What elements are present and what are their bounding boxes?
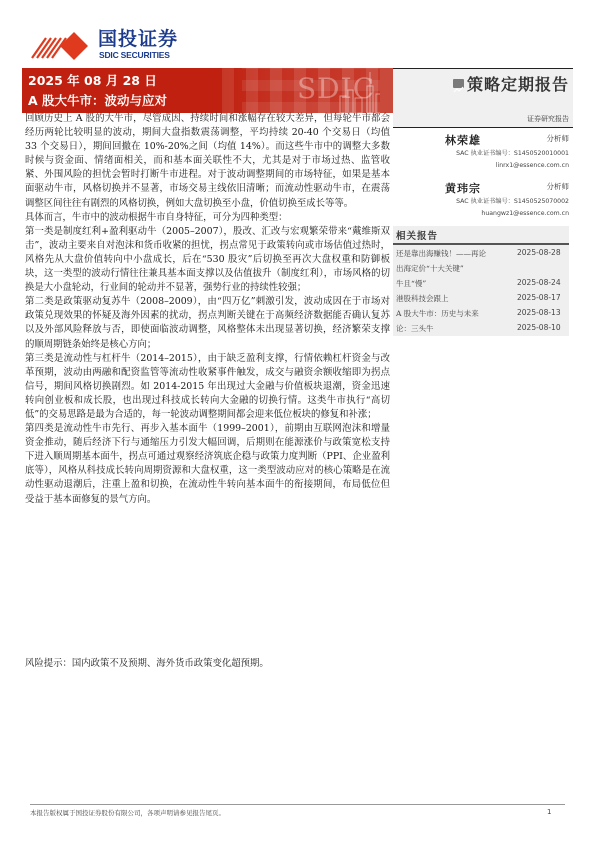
- related-report-date: 2025-08-28: [517, 248, 561, 257]
- report-type-label: 策略定期报告: [467, 72, 569, 95]
- company-logo: 国投证券 SDIC SECURITIES: [30, 28, 200, 64]
- divider: [393, 243, 569, 245]
- related-report-link[interactable]: 还是靠出海赚钱！——再论: [396, 248, 486, 259]
- logo-english-name: SDIC SECURITIES: [99, 50, 170, 60]
- report-body: 回顾历史上 A 股的大牛市，尽管成因、持续时间和涨幅存在较大差异，但每轮牛市都会…: [25, 112, 390, 507]
- related-report-date: 2025-08-13: [517, 308, 561, 317]
- page-number: 1: [547, 808, 551, 816]
- report-title: A 股大牛市：波动与应对: [28, 93, 167, 109]
- report-type: 策略定期报告: [453, 72, 569, 95]
- report-date: 2025 年 08 月 28 日: [28, 73, 157, 89]
- analyst-role: 分析师: [547, 133, 570, 144]
- related-report-date: 2025-08-24: [517, 278, 561, 287]
- related-report-link[interactable]: 港股科技会跟上: [396, 293, 449, 304]
- body-paragraph: 回顾历史上 A 股的大牛市，尽管成因、持续时间和涨幅存在较大差异，但每轮牛市都会…: [25, 112, 390, 211]
- related-report-date: 2025-08-17: [517, 293, 561, 302]
- analyst-card: 林荣雄 分析师 SAC 执业证书编号：S1450520010001 linrx1…: [393, 132, 573, 182]
- footer-divider: [30, 804, 565, 805]
- analyst-card: 黄玮宗 分析师 SAC 执业证书编号：S1450525070002 huangw…: [393, 180, 573, 226]
- sdic-logo-mark-icon: [30, 30, 90, 60]
- related-report-link[interactable]: A 股大牛市：历史与未来: [396, 308, 479, 319]
- report-subtitle: 证券研究报告: [527, 114, 569, 124]
- body-paragraph: 第四类是流动性牛市先行、再步入基本面牛（1999–2001），前期由互联网泡沫和…: [25, 422, 390, 507]
- body-paragraph: 第二类是政策驱动复苏牛（2008–2009），由“四万亿”刺激引发，波动成因在于…: [25, 295, 390, 351]
- analyst-name: 黄玮宗: [445, 180, 481, 196]
- logo-chinese-name: 国投证券: [98, 28, 178, 50]
- analyst-sac-number: SAC 执业证书编号：S1450525070002: [456, 196, 569, 205]
- body-paragraph: 第三类是流动性与杠杆牛（2014–2015），由于缺乏盈利支撑，行情依赖杠杆资金…: [25, 352, 390, 422]
- related-report-link[interactable]: 论：三头牛: [396, 323, 434, 334]
- related-report-link[interactable]: 牛且“慢”: [396, 278, 426, 289]
- footer-disclaimer: 本报告版权属于国投证券股份有限公司，各项声明请参见报告尾页。: [30, 808, 225, 817]
- analyst-email[interactable]: huangwz1@essence.com.cn: [481, 210, 569, 217]
- report-type-box: 策略定期报告 证券研究报告: [393, 68, 573, 128]
- related-reports-title: 相关报告: [396, 228, 438, 242]
- related-reports-panel: 相关报告 还是靠出海赚钱！——再论 2025-08-28 出海定价“十大关键” …: [393, 226, 569, 336]
- title-banner: SDIC 2025 年 08 月 28 日 A 股大牛市：波动与应对: [22, 68, 392, 113]
- related-report-link[interactable]: 出海定价“十大关键”: [396, 263, 464, 274]
- analyst-name: 林荣雄: [445, 132, 481, 148]
- body-paragraph: 具体而言，牛市中的波动根据牛市自身特征，可分为四种类型：: [25, 211, 390, 225]
- body-paragraph: 第一类是制度红利+盈利驱动牛（2005–2007），股改、汇改与宏观繁荣带来“戴…: [25, 225, 390, 295]
- chart-icon: [453, 79, 464, 88]
- related-report-date: 2025-08-10: [517, 323, 561, 332]
- analyst-sac-number: SAC 执业证书编号：S1450520010001: [456, 148, 569, 157]
- analyst-role: 分析师: [547, 181, 570, 192]
- header-accent-strip: [380, 68, 393, 113]
- analyst-email[interactable]: linrx1@essence.com.cn: [496, 162, 569, 169]
- risk-warning: 风险提示：国内政策不及预期、海外货币政策变化超预期。: [25, 655, 269, 669]
